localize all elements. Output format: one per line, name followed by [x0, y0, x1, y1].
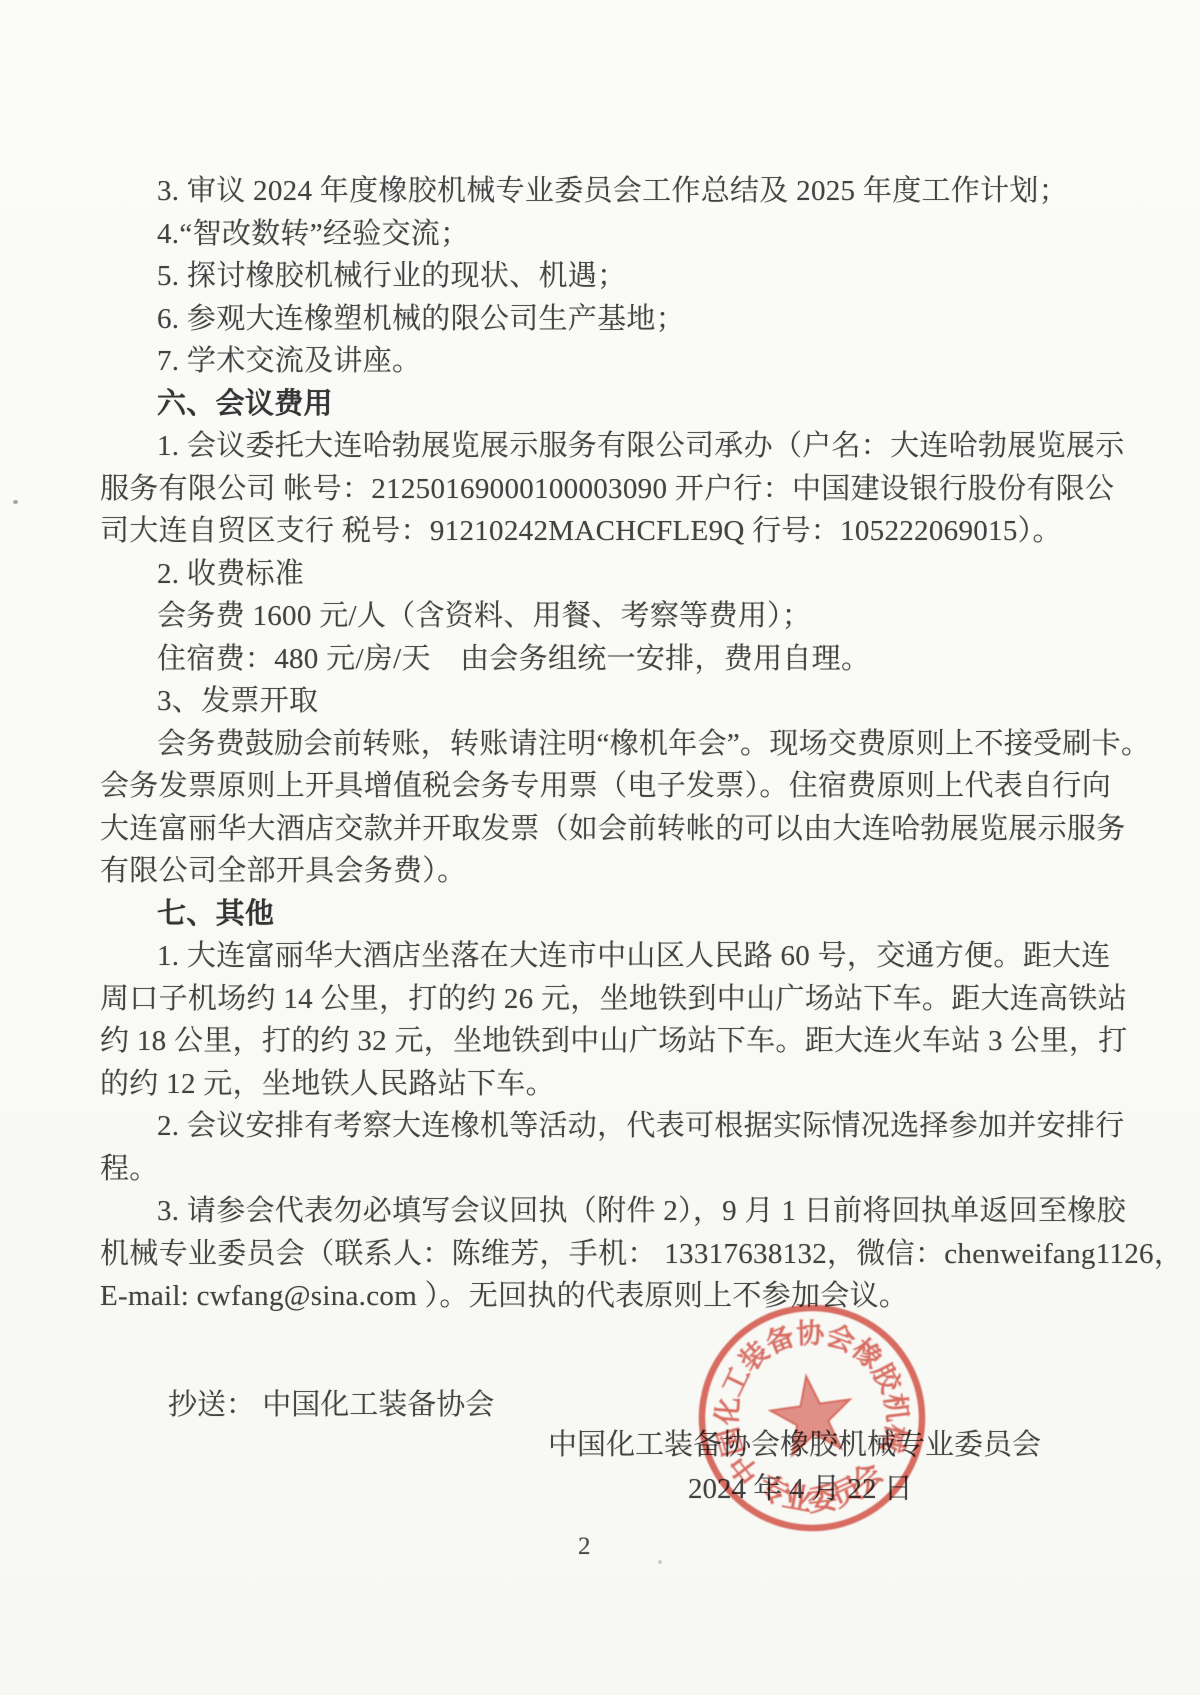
page-number: 2: [578, 1532, 591, 1562]
document-line: 4.“智改数转”经验交流；: [100, 213, 1015, 256]
document-line: 3. 审议 2024 年度橡胶机械专业委员会工作总结及 2025 年度工作计划；: [100, 170, 1015, 213]
official-seal: 中国化工装备协会橡胶机械 专业委员会: [654, 1260, 970, 1576]
document-line: 的约 12 元，坐地铁人民路站下车。: [100, 1063, 1015, 1106]
document-line: 5. 探讨橡胶机械行业的现状、机遇；: [100, 255, 1015, 298]
document-line: 2. 会议安排有考察大连橡机等活动，代表可根据实际情况选择参加并安排行: [100, 1105, 1015, 1148]
document-line: 6. 参观大连橡塑机械的限公司生产基地；: [100, 298, 1015, 341]
document-line: 七、其他: [100, 893, 1015, 936]
document-line: 会务费鼓励会前转账，转账请注明“橡机年会”。现场交费原则上不接受刷卡。: [100, 723, 1015, 766]
document-line: 3、发票开取: [100, 680, 1015, 723]
document-line: 住宿费：480 元/房/天 由会务组统一安排，费用自理。: [100, 638, 1015, 681]
star-icon: [767, 1371, 857, 1457]
cc-line: 抄送： 中国化工装备协会: [168, 1384, 494, 1426]
document-line: 六、会议费用: [100, 383, 1015, 426]
document-line: 程。: [100, 1148, 1015, 1191]
document-line: 约 18 公里，打的约 32 元，坐地铁到中山广场站下车。距大连火车站 3 公里…: [100, 1020, 1015, 1063]
seal-bottom-text: 专业委员会: [749, 1452, 893, 1526]
document-line: 7. 学术交流及讲座。: [100, 340, 1015, 383]
scan-speck: [658, 1560, 662, 1564]
document-line: 1. 会议委托大连哈勃展览展示服务有限公司承办（户名：大连哈勃展览展示: [100, 425, 1015, 468]
document-line: 1. 大连富丽华大酒店坐落在大连市中山区人民路 60 号，交通方便。距大连: [100, 935, 1015, 978]
document-line: 会务费 1600 元/人（含资料、用餐、考察等费用）；: [100, 595, 1015, 638]
document-line: 服务有限公司 帐号：21250169000100003090 开户行：中国建设银…: [100, 468, 1015, 511]
scan-speck: [13, 500, 18, 504]
document-line: 司大连自贸区支行 税号：91210242MACHCFLE9Q 行号：105222…: [100, 510, 1015, 553]
document-line: 有限公司全部开具会务费）。: [100, 850, 1015, 893]
document-line: 会务发票原则上开具增值税会务专用票（电子发票）。住宿费原则上代表自行向: [100, 765, 1015, 808]
document-line: 3. 请参会代表勿必填写会议回执（附件 2），9 月 1 日前将回执单返回至橡胶: [100, 1190, 1015, 1233]
scanned-document-page: { "page": { "number": "2", "background_c…: [0, 0, 1200, 1695]
document-line: 2. 收费标准: [100, 553, 1015, 596]
document-line: 周口子机场约 14 公里，打的约 26 元，坐地铁到中山广场站下车。距大连高铁站: [100, 978, 1015, 1021]
document-line: 大连富丽华大酒店交款并开取发票（如会前转帐的可以由大连哈勃展览展示服务: [100, 808, 1015, 851]
document-body: 3. 审议 2024 年度橡胶机械专业委员会工作总结及 2025 年度工作计划；…: [100, 170, 1015, 1318]
